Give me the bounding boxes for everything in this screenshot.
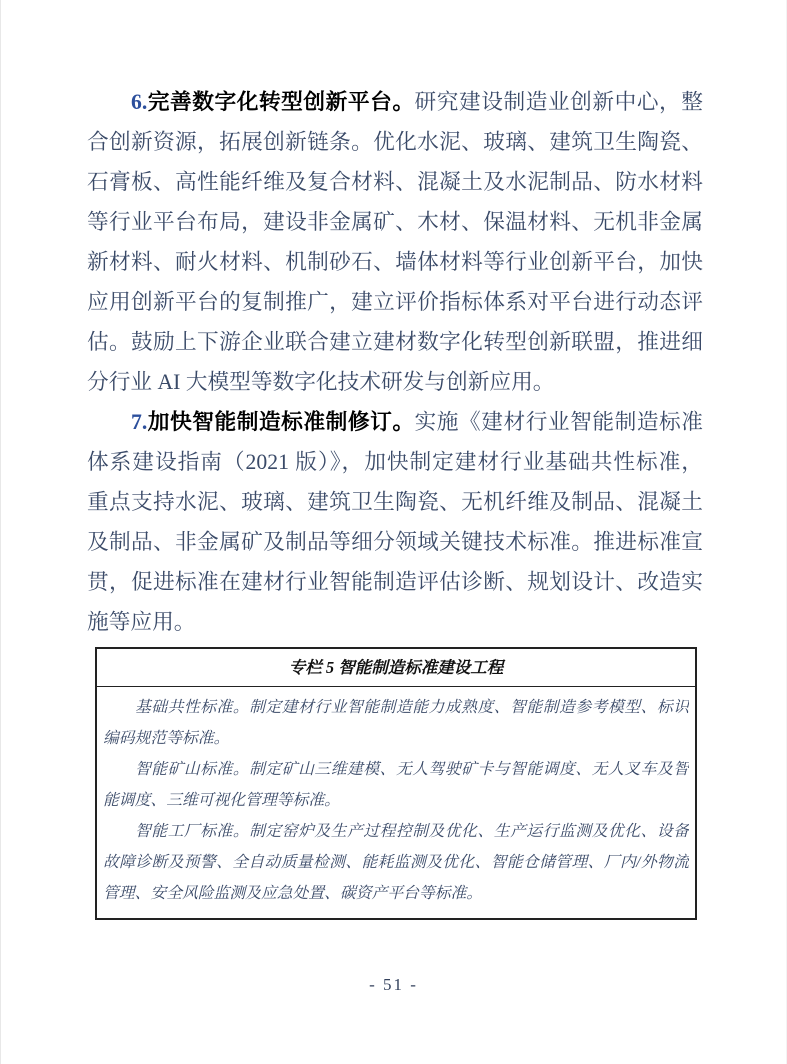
- text-line: 管理、安全风险监测及应急处置、碳资产平台等标准。: [103, 878, 689, 909]
- text-line: 6.完善数字化转型创新平台。研究建设制造业创新中心，整: [87, 82, 703, 122]
- item-heading: 完善数字化转型创新平台。: [147, 89, 414, 114]
- text-line: 贯，促进标准在建材行业智能制造评估诊断、规划设计、改造实: [87, 562, 703, 602]
- text-line: 分行业 AI 大模型等数字化技术研发与创新应用。: [87, 362, 703, 402]
- text-line: 7.加快智能制造标准制修订。实施《建材行业智能制造标准: [87, 402, 703, 442]
- callout-box-body: 基础共性标准。制定建材行业智能制造能力成熟度、智能制造参考模型、标识 编码规范等…: [97, 687, 695, 918]
- text-line: 体系建设指南（2021 版）》，加快制定建材行业基础共性标准，: [87, 442, 703, 482]
- text-line: 及制品、非金属矿及制品等细分领域关键技术标准。推进标准宣: [87, 522, 703, 562]
- paragraph-7: 7.加快智能制造标准制修订。实施《建材行业智能制造标准 体系建设指南（2021 …: [87, 402, 703, 642]
- text-line: 施等应用。: [87, 602, 703, 642]
- callout-box-title: 专栏 5 智能制造标准建设工程: [97, 649, 695, 687]
- paragraph-6: 6.完善数字化转型创新平台。研究建设制造业创新中心，整 合创新资源，拓展创新链条…: [87, 82, 703, 402]
- text-line: 智能矿山标准。制定矿山三维建模、无人驾驶矿卡与智能调度、无人叉车及智: [103, 754, 689, 785]
- text-line: 重点支持水泥、玻璃、建筑卫生陶瓷、无机纤维及制品、混凝土: [87, 482, 703, 522]
- item-number: 6.: [131, 90, 147, 114]
- text-line: 新材料、耐火材料、机制砂石、墙体材料等行业创新平台，加快: [87, 242, 703, 282]
- document-page: 6.完善数字化转型创新平台。研究建设制造业创新中心，整 合创新资源，拓展创新链条…: [0, 0, 787, 1064]
- text-run: 研究建设制造业创新中心，整: [415, 90, 703, 114]
- text-line: 应用创新平台的复制推广，建立评价指标体系对平台进行动态评: [87, 282, 703, 322]
- text-line: 故障诊断及预警、全自动质量检测、能耗监测及优化、智能仓储管理、厂内/外物流: [103, 847, 689, 878]
- page-number: - 51 -: [1, 975, 786, 995]
- text-line: 能调度、三维可视化管理等标准。: [103, 785, 689, 816]
- text-line: 编码规范等标准。: [103, 723, 689, 754]
- text-run: 实施《建材行业智能制造标准: [415, 410, 703, 434]
- item-heading: 加快智能制造标准制修订。: [147, 409, 414, 434]
- text-line: 石膏板、高性能纤维及复合材料、混凝土及水泥制品、防水材料: [87, 162, 703, 202]
- text-line: 基础共性标准。制定建材行业智能制造能力成熟度、智能制造参考模型、标识: [103, 692, 689, 723]
- text-line: 等行业平台布局，建设非金属矿、木材、保温材料、无机非金属: [87, 202, 703, 242]
- item-number: 7.: [131, 410, 147, 434]
- callout-box: 专栏 5 智能制造标准建设工程 基础共性标准。制定建材行业智能制造能力成熟度、智…: [95, 647, 697, 920]
- text-line: 合创新资源，拓展创新链条。优化水泥、玻璃、建筑卫生陶瓷、: [87, 122, 703, 162]
- text-line: 估。鼓励上下游企业联合建立建材数字化转型创新联盟，推进细: [87, 322, 703, 362]
- text-line: 智能工厂标准。制定窑炉及生产过程控制及优化、生产运行监测及优化、设备: [103, 816, 689, 847]
- document-body: 6.完善数字化转型创新平台。研究建设制造业创新中心，整 合创新资源，拓展创新链条…: [87, 82, 703, 920]
